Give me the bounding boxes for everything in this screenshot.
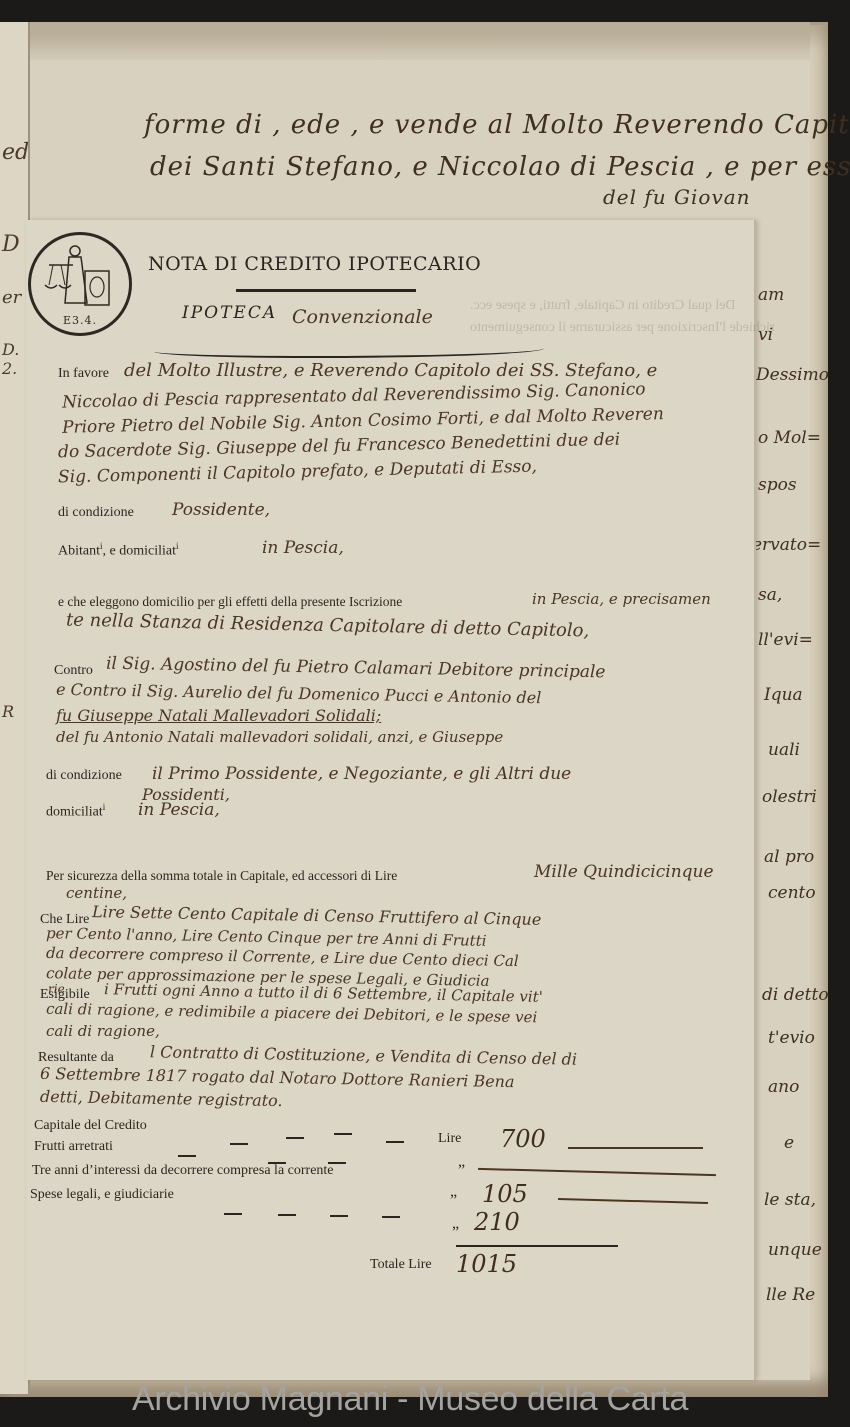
abitante-value: in Pescia, (262, 538, 344, 558)
total-value: 1015 (456, 1250, 517, 1278)
contro-label: Contro (54, 663, 93, 679)
currency-label: ” (450, 1192, 457, 1210)
leader-dash (268, 1162, 286, 1164)
interessi-value: 105 (482, 1180, 528, 1208)
value-rule (568, 1147, 703, 1149)
left-margin-fragment: D. 2. (2, 340, 28, 378)
condizione-2-value: il Primo Possidente, e Negoziante, e gli… (152, 764, 571, 784)
leader-dash (334, 1133, 352, 1135)
margin-fragment: Dessimo (756, 365, 829, 385)
justice-scales-icon (39, 241, 119, 313)
spese-value: 210 (474, 1208, 520, 1236)
left-margin-fragment: ed (2, 140, 29, 165)
in-favore-label: In favore (58, 366, 109, 382)
margin-fragment: ervato= (752, 535, 821, 555)
mortgage-type-value: Convenzionale (292, 306, 433, 328)
stamp-code: E3.4. (31, 314, 129, 327)
margin-fragment: ll'evi= (758, 630, 813, 650)
title-rule (236, 289, 416, 292)
margin-fragment: o Mol= (758, 428, 821, 448)
currency-label: ” (458, 1162, 465, 1180)
margin-fragment: Iqua (764, 685, 803, 705)
totals-row-label: Tre anni d’interessi da decorrere compre… (32, 1163, 334, 1179)
leader-dash (328, 1162, 346, 1164)
margin-fragment: cento (768, 883, 816, 903)
left-margin-fragment: R (2, 702, 14, 721)
under-line-1: forme di , ede , e vende al Molto Revere… (144, 110, 850, 140)
document-title: NOTA DI CREDITO IPOTECARIO (148, 253, 481, 275)
archive-watermark: Archivio Magnani - Museo della Carta (132, 1380, 688, 1419)
margin-fragment: t'evio (768, 1028, 815, 1048)
in-favore-line: del Molto Illustre, e Reverendo Capitolo… (124, 360, 657, 381)
folder-top-edge (0, 22, 810, 62)
condizione-label: di condizione (58, 505, 134, 521)
left-margin-fragment: D (2, 232, 20, 257)
condizione-2-label: di condizione (46, 768, 122, 784)
margin-fragment: lle Re (766, 1285, 815, 1305)
total-label: Totale Lire (370, 1257, 432, 1273)
contro-line: del fu Antonio Natali mallevadori solida… (56, 728, 503, 746)
contro-line-struck: fu Giuseppe Natali Mallevadori Solidali; (56, 706, 381, 725)
sicurezza-value: Mille Quindicicinque (534, 862, 714, 882)
margin-fragment: olestri (762, 787, 817, 807)
leader-dash (382, 1216, 400, 1218)
margin-fragment: ano (768, 1077, 799, 1097)
margin-fragment: e (784, 1133, 794, 1153)
capitale-value: 700 (500, 1125, 546, 1153)
sicurezza-label: Per sicurezza della somma totale in Capi… (46, 868, 397, 884)
stamp-seal: E3.4. (28, 232, 132, 336)
show-through-text: Del qual Credito in Capitale, frutti, e … (470, 298, 736, 314)
under-line-3: del fu Giovan (603, 185, 751, 209)
totals-row-label: Spese legali, e giudiciarie (30, 1187, 174, 1203)
total-rule (456, 1245, 618, 1247)
totals-row-label: Capitale del Credito (34, 1118, 147, 1134)
margin-fragment: unque (768, 1240, 822, 1260)
leader-dash (224, 1213, 242, 1215)
left-margin-fragment: er (2, 287, 21, 308)
leader-dash (330, 1215, 348, 1217)
totals-row-label: Frutti arretrati (34, 1139, 113, 1155)
esigibile-line: cali di ragione, (46, 1022, 160, 1040)
leader-dash (286, 1137, 304, 1139)
show-through-text: richiede l'Inscrizione per assicurarne i… (470, 320, 775, 336)
leader-dash (386, 1141, 404, 1143)
domiciliati-label: domiciliati (46, 802, 105, 821)
domicilio-label: e che eleggono domicilio per gli effetti… (58, 594, 402, 610)
mortgage-type-label: IPOTECA (182, 303, 277, 323)
currency-label: Lire (438, 1131, 461, 1147)
domicilio-value: in Pescia, e precisamen (532, 590, 711, 608)
leader-dash (178, 1155, 196, 1157)
margin-fragment: sa, (758, 585, 782, 605)
currency-label: ” (452, 1224, 459, 1242)
leader-dash (278, 1214, 296, 1216)
margin-fragment: am (758, 285, 784, 305)
sicurezza-value: centine, (66, 884, 127, 902)
margin-fragment: uali (768, 740, 800, 760)
margin-fragment: al pro (764, 847, 814, 867)
margin-fragment: le sta, (764, 1190, 816, 1210)
abitante-label: Abitanti, e domiciliati (58, 541, 179, 560)
condizione-value: Possidente, (172, 500, 270, 520)
margin-fragment: spos (758, 475, 797, 495)
domiciliati-value: in Pescia, (138, 800, 220, 820)
margin-fragment: di detto (762, 985, 829, 1005)
leader-dash (230, 1143, 248, 1145)
under-line-2: dei Santi Stefano, e Niccolao di Pescia … (150, 152, 850, 182)
